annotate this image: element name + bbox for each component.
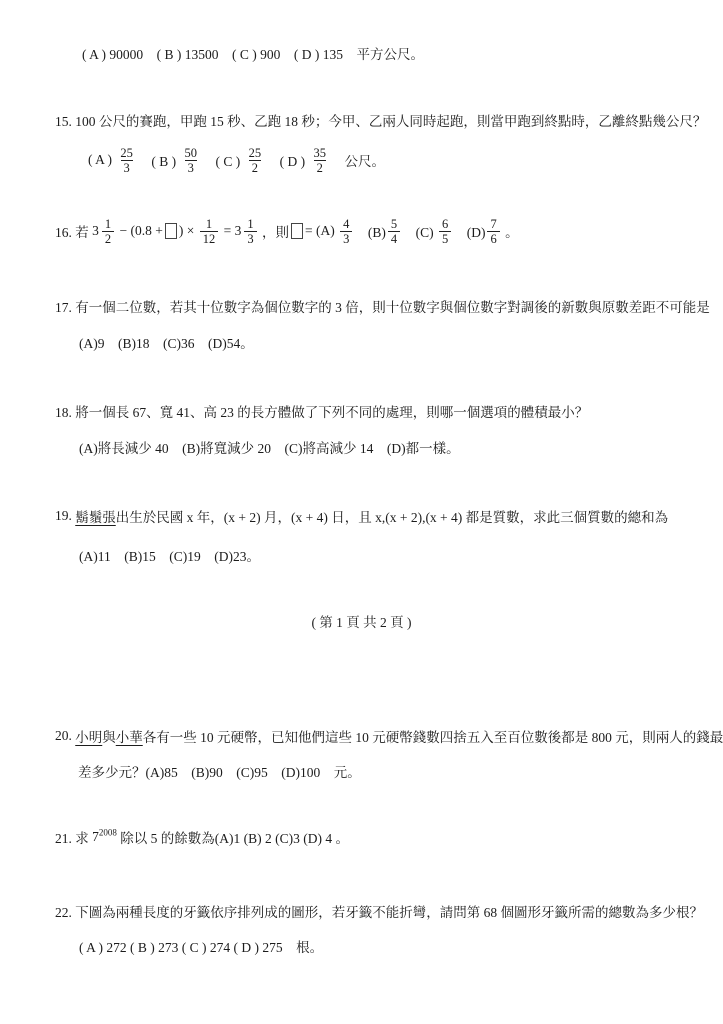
fraction-denominator: 2 bbox=[102, 231, 114, 246]
text-run: (A)將長減少 40 (B)將寬減少 20 (C)將高減少 14 (D)都一樣。 bbox=[79, 437, 460, 457]
text-run: 15. 100 公尺的賽跑，甲跑 15 秒、乙跑 18 秒；今甲、乙兩人同時起跑… bbox=[55, 110, 706, 130]
page-footer: ( 第 1 頁 共 2 頁 ) bbox=[0, 612, 723, 630]
text-run: ( A ) 90000 ( B ) 13500 ( C ) 900 ( D ) … bbox=[82, 43, 424, 63]
question-16-text: 16. 若 312 − (0.8 +) × 112 = 313 ，則= (A) … bbox=[55, 211, 519, 251]
question-15-options: ( A ) 253 ( B ) 503 ( C ) 252 ( D ) 352 … bbox=[88, 140, 385, 180]
text-run: (B) bbox=[354, 221, 386, 241]
fraction-numerator: 4 bbox=[340, 217, 352, 231]
exam-page: ( A ) 90000 ( B ) 13500 ( C ) 900 ( D ) … bbox=[0, 0, 723, 1024]
fraction: 65 bbox=[439, 217, 451, 246]
mixed-number-whole: 3 bbox=[92, 223, 99, 239]
fraction-denominator: 6 bbox=[487, 231, 499, 246]
text-run: 17. 有一個二位數，若其十位數字為個位數字的 3 倍，則十位數字與個位數字對調… bbox=[55, 296, 710, 316]
mixed-number: 312 bbox=[92, 217, 116, 246]
text-run: ( B ) bbox=[138, 150, 180, 170]
fraction-numerator: 1 bbox=[244, 217, 256, 231]
text-run: 。 bbox=[502, 221, 519, 241]
fraction: 76 bbox=[487, 217, 499, 246]
fraction: 253 bbox=[117, 146, 136, 175]
text-run: 19. bbox=[55, 508, 75, 524]
fraction-denominator: 4 bbox=[388, 231, 400, 246]
underlined-name: 鬍鬚張 bbox=[75, 506, 116, 526]
text-run: 除以 5 的餘數為(A)1 (B) 2 (C)3 (D) 4 。 bbox=[117, 827, 349, 847]
question-18-text: 18. 將一個長 67、寬 41、高 23 的長方體做了下列不同的處理，則哪一個… bbox=[55, 402, 588, 420]
text-run: ( 第 1 頁 共 2 頁 ) bbox=[311, 611, 411, 631]
question-21-text: 21. 求 72008 除以 5 的餘數為(A)1 (B) 2 (C)3 (D)… bbox=[55, 828, 349, 846]
text-run: ( C ) bbox=[202, 150, 244, 170]
fraction-denominator: 3 bbox=[185, 160, 197, 175]
text-run: 各有一些 10 元硬幣，已知他們這些 10 元硬幣錢數四捨五入至百位數後都是 8… bbox=[143, 726, 723, 746]
fraction-denominator: 3 bbox=[244, 231, 256, 246]
question-20-text-line1: 20. 小明與小華各有一些 10 元硬幣，已知他們這些 10 元硬幣錢數四捨五入… bbox=[55, 727, 723, 745]
text-run: (A)9 (B)18 (C)36 (D)54。 bbox=[79, 332, 254, 352]
text-run: ( D ) bbox=[266, 150, 308, 170]
text-run: 16. 若 bbox=[55, 221, 92, 241]
text-run: 22. 下圖為兩種長度的牙籤依序排列成的圖形，若牙籤不能折彎，請問第 68 個圖… bbox=[55, 901, 703, 921]
question-15-text: 15. 100 公尺的賽跑，甲跑 15 秒、乙跑 18 秒；今甲、乙兩人同時起跑… bbox=[55, 111, 706, 129]
text-run: (A)11 (B)15 (C)19 (D)23。 bbox=[79, 545, 260, 565]
fraction-numerator: 25 bbox=[246, 146, 265, 160]
blank-box bbox=[165, 223, 177, 239]
text-run: (D) bbox=[453, 221, 485, 241]
text-run: 21. 求 bbox=[55, 827, 92, 847]
mixed-number: 313 bbox=[235, 217, 259, 246]
question-17-options: (A)9 (B)18 (C)36 (D)54。 bbox=[79, 333, 254, 351]
text-run: ( A ) bbox=[88, 152, 115, 168]
fraction-numerator: 1 bbox=[203, 217, 215, 231]
text-run: (C) bbox=[402, 221, 437, 241]
fraction: 54 bbox=[388, 217, 400, 246]
fraction-numerator: 35 bbox=[311, 146, 330, 160]
fraction: 503 bbox=[182, 146, 201, 175]
question-18-options: (A)將長減少 40 (B)將寬減少 20 (C)將高減少 14 (D)都一樣。 bbox=[79, 438, 460, 456]
question-20-text-line2: 差多少元？(A)85 (B)90 (C)95 (D)100 元。 bbox=[78, 762, 361, 780]
text-run: = (A) bbox=[305, 223, 338, 239]
exponent: 2008 bbox=[99, 828, 117, 838]
text-run: 公尺。 bbox=[331, 150, 385, 170]
text-run: − (0.8 + bbox=[116, 223, 163, 239]
fraction-denominator: 12 bbox=[200, 231, 219, 246]
fraction: 252 bbox=[246, 146, 265, 175]
fraction-denominator: 2 bbox=[249, 160, 261, 175]
fraction: 352 bbox=[311, 146, 330, 175]
fraction: 112 bbox=[200, 217, 219, 246]
fraction-numerator: 7 bbox=[487, 217, 499, 231]
fraction-numerator: 5 bbox=[388, 217, 400, 231]
fraction-numerator: 25 bbox=[117, 146, 136, 160]
power-expression: 72008 bbox=[92, 829, 117, 845]
text-run: 與 bbox=[102, 726, 116, 746]
text-run: ( A ) 272 ( B ) 273 ( C ) 274 ( D ) 275 … bbox=[79, 936, 323, 956]
mixed-number-whole: 3 bbox=[235, 223, 242, 239]
text-run: 18. 將一個長 67、寬 41、高 23 的長方體做了下列不同的處理，則哪一個… bbox=[55, 401, 588, 421]
question-17-text: 17. 有一個二位數，若其十位數字為個位數字的 3 倍，則十位數字與個位數字對調… bbox=[55, 297, 710, 315]
underlined-name: 小華 bbox=[116, 726, 143, 746]
text-run: 20. bbox=[55, 728, 75, 744]
fraction-numerator: 1 bbox=[102, 217, 114, 231]
text-run: ) × bbox=[179, 223, 198, 239]
text-run: 差多少元？(A)85 (B)90 (C)95 (D)100 元。 bbox=[78, 761, 361, 781]
fraction-denominator: 3 bbox=[340, 231, 352, 246]
underlined-name: 小明 bbox=[75, 726, 102, 746]
fraction-denominator: 3 bbox=[121, 160, 133, 175]
question-22-text: 22. 下圖為兩種長度的牙籤依序排列成的圖形，若牙籤不能折彎，請問第 68 個圖… bbox=[55, 902, 703, 920]
fraction: 43 bbox=[340, 217, 352, 246]
blank-box bbox=[291, 223, 303, 239]
question-22-options: ( A ) 272 ( B ) 273 ( C ) 274 ( D ) 275 … bbox=[79, 937, 323, 955]
question-19-options: (A)11 (B)15 (C)19 (D)23。 bbox=[79, 546, 260, 564]
fraction: 13 bbox=[244, 217, 256, 246]
text-run: = bbox=[220, 223, 234, 239]
fraction-denominator: 5 bbox=[439, 231, 451, 246]
fraction: 12 bbox=[102, 217, 114, 246]
question-19-text: 19. 鬍鬚張出生於民國 x 年，(x + 2) 月，(x + 4) 日，且 x… bbox=[55, 507, 668, 525]
fraction-numerator: 6 bbox=[439, 217, 451, 231]
question-14-options-line: ( A ) 90000 ( B ) 13500 ( C ) 900 ( D ) … bbox=[82, 44, 424, 62]
fraction-denominator: 2 bbox=[314, 160, 326, 175]
text-run: ，則 bbox=[259, 221, 289, 241]
fraction-numerator: 50 bbox=[182, 146, 201, 160]
text-run: 出生於民國 x 年，(x + 2) 月，(x + 4) 日，且 x,(x + 2… bbox=[116, 506, 668, 526]
